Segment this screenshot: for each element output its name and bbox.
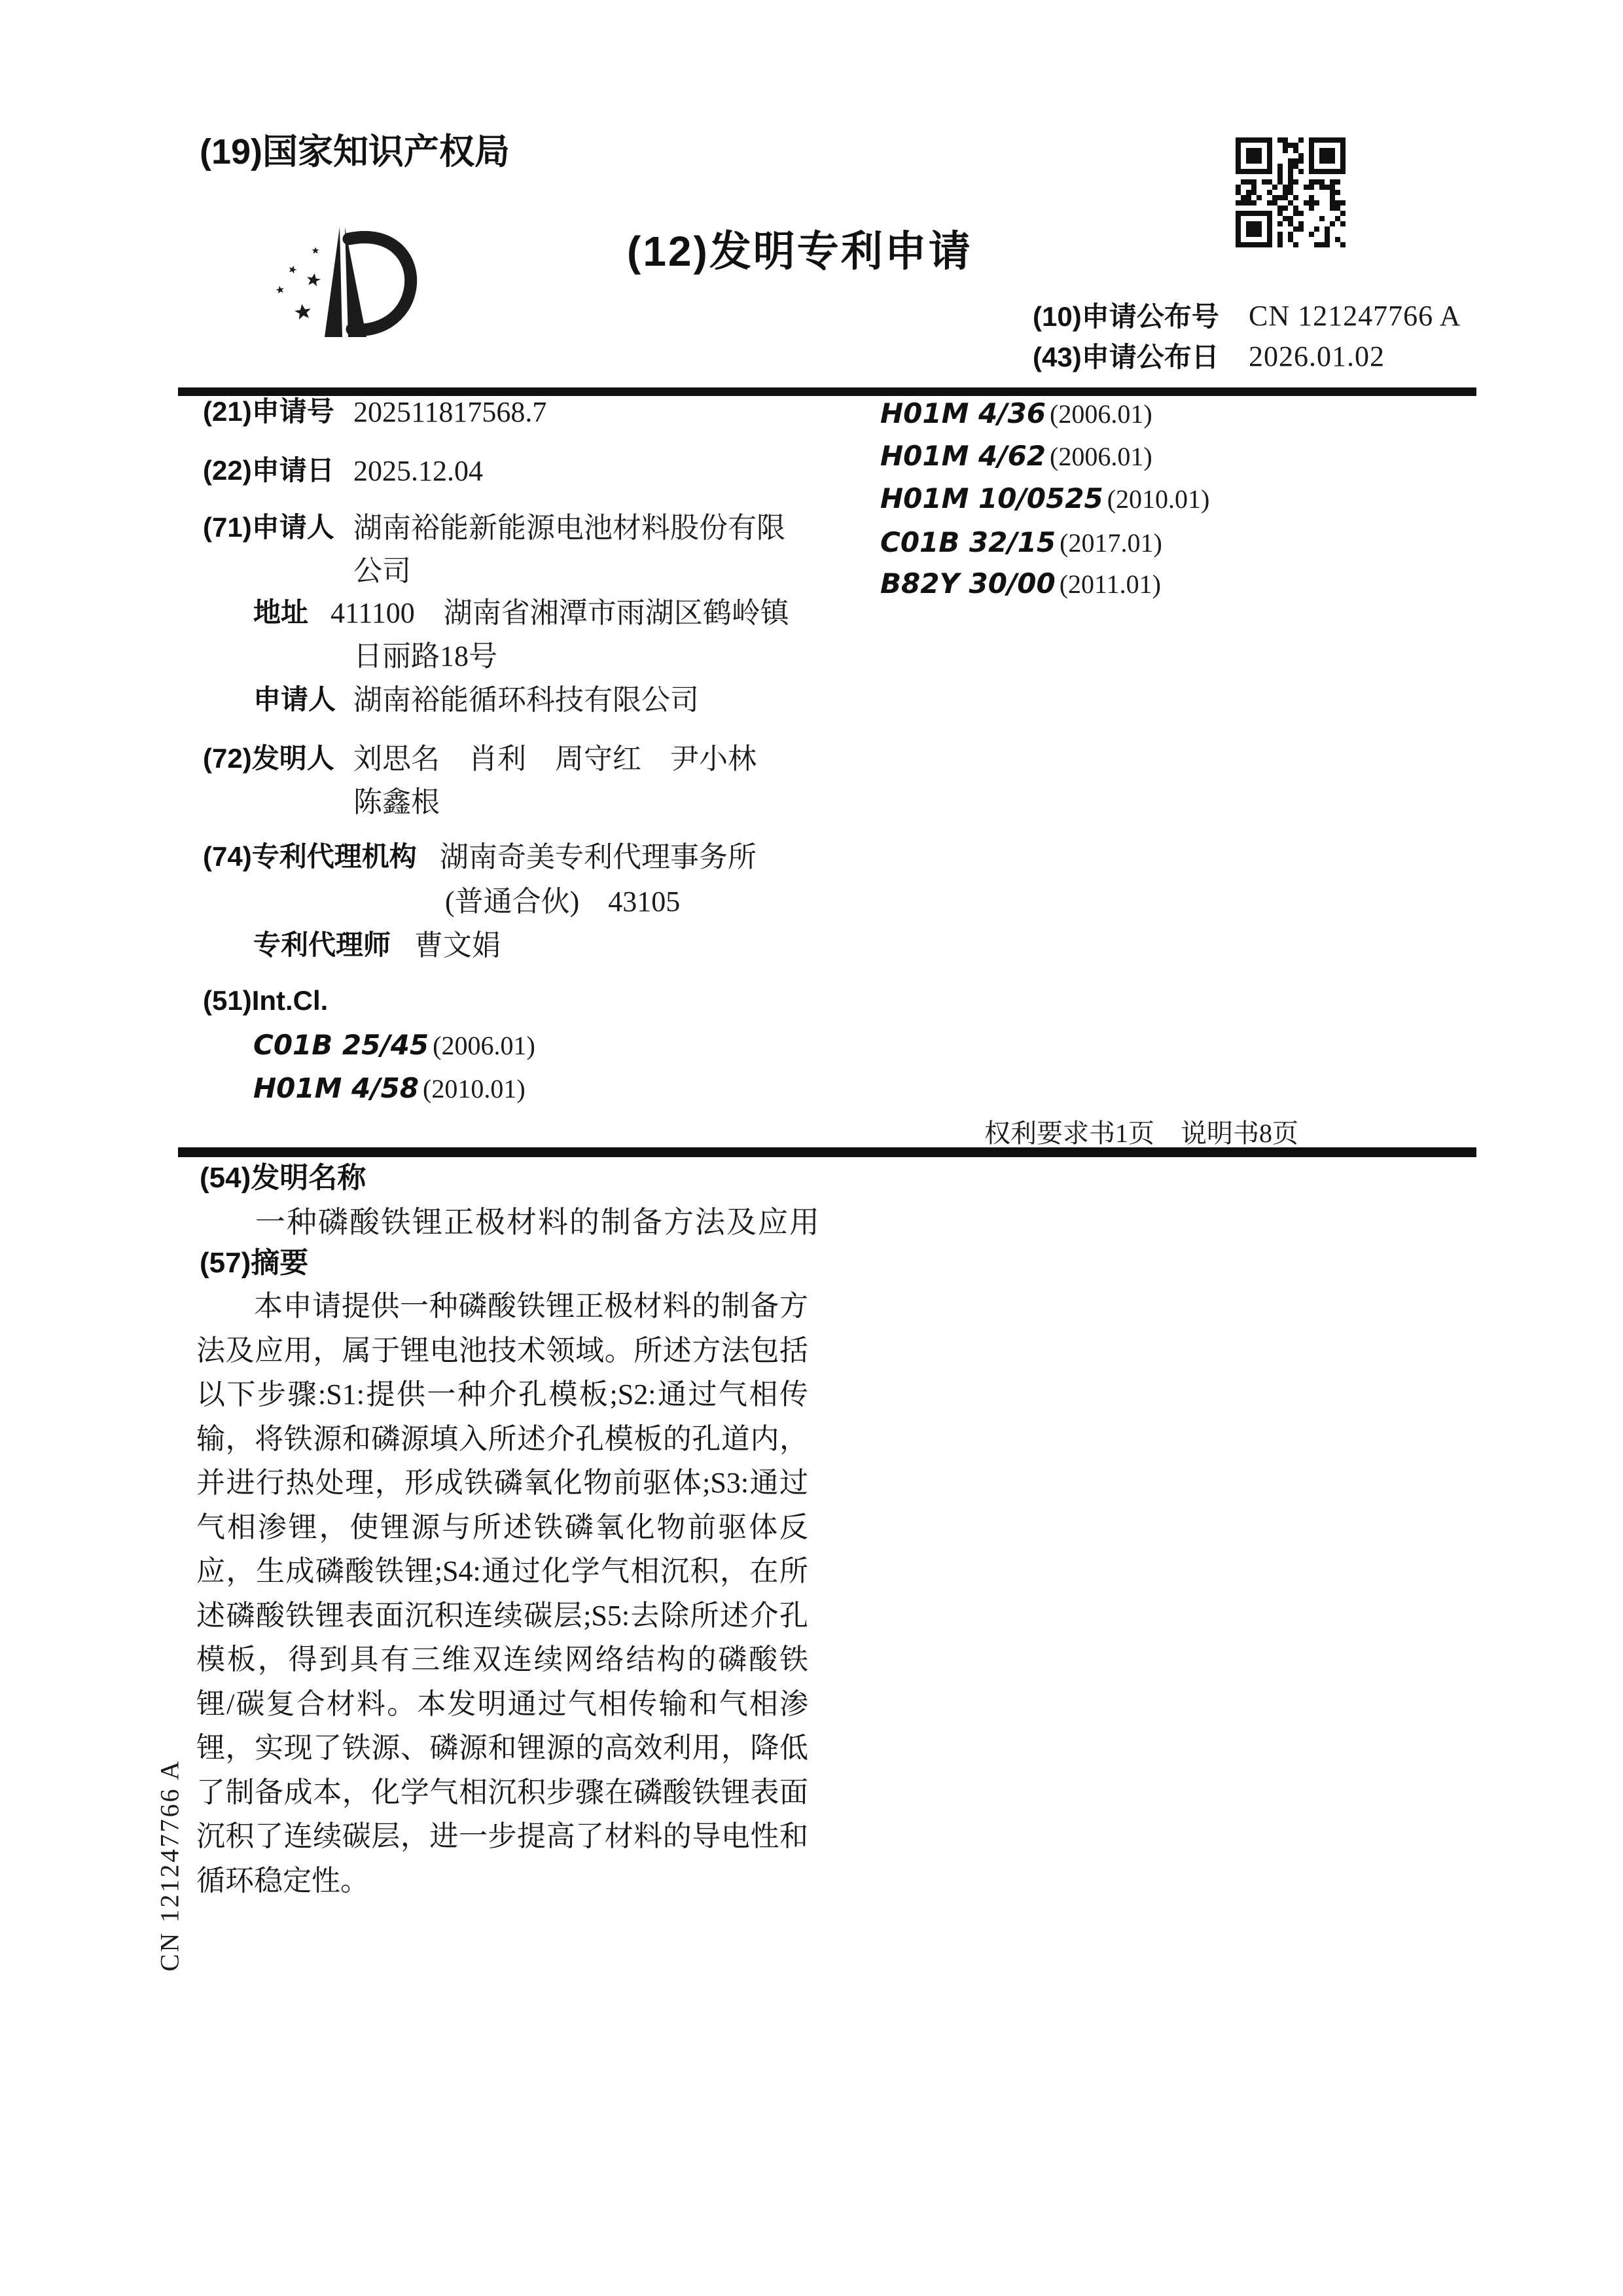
qr-code [1236, 137, 1346, 247]
ipc-entry: H01M 10/0525(2010.01) [880, 485, 1209, 512]
ipc-code: H01M 4/36 [880, 397, 1046, 429]
cnipa-logo-icon [262, 219, 419, 344]
application-number: 202511817568.7 [353, 398, 546, 427]
ipc-code: H01M 4/62 [880, 440, 1046, 472]
inventors-line2: 陈鑫根 [353, 788, 440, 817]
second-applicant-label: 申请人 [253, 686, 336, 713]
ipc-year: (2010.01) [1107, 484, 1210, 514]
ipc-year: (2017.01) [1060, 528, 1162, 558]
ipc-entry: H01M 4/62(2006.01) [880, 442, 1152, 470]
abstract-label: (57)摘要 [200, 1249, 308, 1278]
inventors-line1: 刘思名 肖利 周守红 尹小林 [353, 745, 757, 774]
second-applicant-name: 湖南裕能循环科技有限公司 [353, 686, 699, 715]
publication-date-label: (43)申请公布日 [1033, 344, 1219, 371]
agent-label: 专利代理师 [253, 931, 391, 959]
filing-date-label: (22)申请日 [203, 457, 334, 484]
invention-title: 一种磷酸铁锂正极材料的制备方法及应用 [255, 1208, 821, 1238]
publication-date: 2026.01.02 [1249, 342, 1385, 371]
side-document-id: CN 121247766 A [154, 1759, 185, 1971]
ipc-code: H01M 4/58 [253, 1072, 419, 1104]
agent-name: 曹文娟 [414, 931, 501, 960]
intcl-entry: C01B 25/45(2006.01) [253, 1031, 535, 1059]
applicant-label: (71)申请人 [203, 514, 334, 541]
application-number-label: (21)申请号 [203, 398, 334, 425]
ipc-entry: C01B 32/15(2017.01) [880, 529, 1162, 556]
ipc-year: (2011.01) [1060, 569, 1161, 599]
ipc-code: H01M 10/0525 [880, 482, 1103, 514]
ipc-year: (2006.01) [433, 1031, 535, 1060]
ipc-entry: H01M 4/36(2006.01) [880, 400, 1152, 427]
ipc-year: (2006.01) [1050, 399, 1152, 429]
inventors-label: (72)发明人 [203, 745, 334, 772]
address-line1: 411100 湖南省湘潭市雨湖区鹤岭镇 [330, 599, 789, 628]
intcl-entry: H01M 4/58(2010.01) [253, 1075, 526, 1102]
applicant-name-line1: 湖南裕能新能源电池材料股份有限 [353, 514, 785, 543]
agency-label: (74)专利代理机构 [203, 843, 417, 870]
publishing-office: (19)国家知识产权局 [200, 134, 510, 170]
invention-title-label: (54)发明名称 [200, 1164, 366, 1193]
ipc-year: (2010.01) [423, 1074, 526, 1103]
header-divider [178, 387, 1476, 396]
ipc-code: B82Y 30/00 [880, 567, 1056, 600]
section-divider [178, 1147, 1476, 1157]
address-line2: 日丽路18号 [353, 642, 497, 671]
ipc-year: (2006.01) [1050, 442, 1152, 471]
address-label: 地址 [253, 599, 308, 626]
ipc-code: C01B 32/15 [880, 526, 1056, 558]
applicant-name-line2: 公司 [353, 557, 411, 586]
publication-number-label: (10)申请公布号 [1033, 303, 1219, 331]
agency-name: 湖南奇美专利代理事务所 [440, 843, 757, 872]
ipc-entry: B82Y 30/00(2011.01) [880, 570, 1161, 598]
ipc-code: C01B 25/45 [253, 1029, 429, 1061]
pages-note: 权利要求书1页 说明书8页 [984, 1121, 1298, 1147]
document-type-title: (12)发明专利申请 [627, 230, 972, 272]
intcl-label: (51)Int.Cl. [203, 987, 328, 1014]
abstract-text: 本申请提供一种磷酸铁锂正极材料的制备方法及应用，属于锂电池技术领域。所述方法包括… [196, 1284, 808, 1903]
filing-date: 2025.12.04 [353, 457, 483, 486]
agency-detail: (普通合伙) 43105 [445, 888, 680, 916]
patent-front-page: (19)国家知识产权局 (12)发明专利申请 (10)申请公布号 CN 1212… [0, 0, 1623, 2296]
publication-number: CN 121247766 A [1249, 302, 1461, 331]
